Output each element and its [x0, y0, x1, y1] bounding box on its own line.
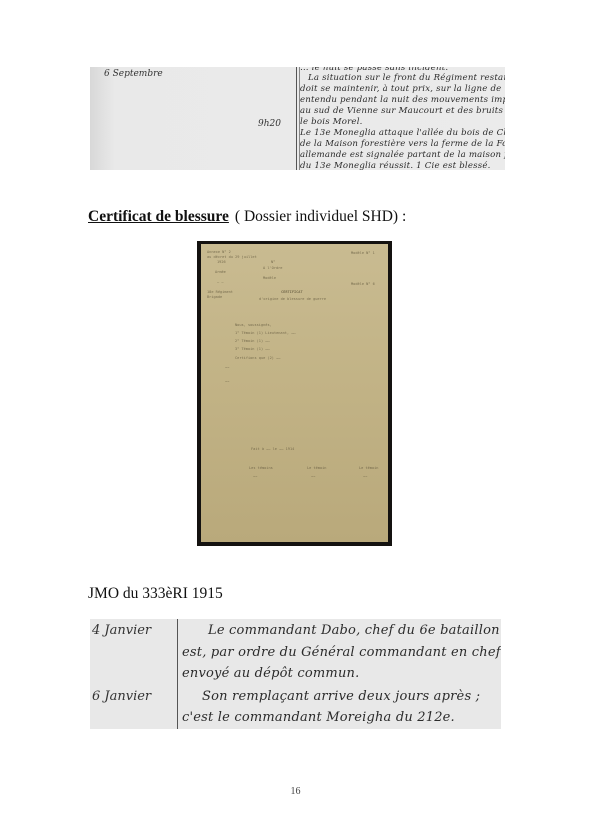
- cert-header-left: au décret du 29 juillet: [207, 255, 257, 259]
- cert-body-line: 3° Témoin (1) ……: [235, 347, 270, 351]
- cert-body-line: 1° Témoin (1) Lieutenant, ……: [235, 331, 296, 335]
- cert-header-left: 1926: [217, 260, 226, 264]
- cert-body-line: 2° Témoin (1) ……: [235, 339, 270, 343]
- cert-signature-name: ……: [363, 474, 367, 478]
- cert-header-left: Brigade: [207, 295, 222, 299]
- certificate-heading: Certificat de blessure( Dossier individu…: [88, 208, 406, 226]
- journal-line: au sud de Vienne sur Maucourt et des bru…: [300, 106, 505, 116]
- cert-header-left: Annexe N° 2: [207, 250, 231, 254]
- journal-line: doit se maintenir, à tout prix, sur la l…: [300, 84, 505, 94]
- margin-rule: [177, 619, 178, 729]
- entry-date: 6 Septembre: [104, 69, 163, 79]
- entry-time: 9h20: [258, 119, 281, 129]
- certificate-title: Certificat de blessure: [88, 208, 229, 225]
- page-number: 16: [0, 786, 591, 797]
- cert-header-right: Modèle N° 1: [351, 251, 375, 255]
- journal-line: Son remplaçant arrive deux jours après ;: [202, 689, 480, 704]
- entry-date: 6 Janvier: [92, 689, 151, 704]
- cert-body-line: ……: [225, 365, 229, 369]
- journal-scan-january: 4 Janvier Le commandant Dabo, chef du 6e…: [90, 619, 501, 729]
- journal-line: est, par ordre du Général commandant en …: [182, 645, 501, 660]
- journal-scan-september: 6 Septembre 9h20 … le nuit se passe sans…: [90, 67, 505, 170]
- journal-line: La situation sur le front du Régiment re…: [308, 73, 505, 83]
- cert-footer-place: Fait à …… le …… 1914: [251, 447, 294, 451]
- cert-header-left: — —: [217, 280, 224, 284]
- cert-body-line: Certifions que (2) ……: [235, 356, 280, 360]
- cert-header-center: Modèle: [263, 276, 276, 280]
- journal-line: entendu pendant la nuit des mouvements i…: [300, 95, 505, 105]
- journal-line: Le commandant Dabo, chef du 6e bataillon: [208, 623, 500, 638]
- journal-line: Le 13e Moneglia attaque l'allée du bois …: [300, 128, 505, 138]
- journal-line: du 13e Moneglia réussit. 1 Cie est bless…: [300, 161, 491, 170]
- cert-signature-name: ……: [311, 474, 315, 478]
- cert-header-right: Modèle N° 6: [351, 282, 375, 286]
- cert-header-left: 18e Régiment: [207, 290, 233, 294]
- cert-signature-label: Les témoins: [249, 466, 273, 470]
- cert-header-center: N°: [271, 260, 275, 264]
- journal-line: envoyé au dépôt commun.: [182, 666, 359, 681]
- certificate-paper: Annexe N° 2 au décret du 29 juillet 1926…: [201, 244, 388, 542]
- cert-subtitle: d'origine de blessure de guerre: [259, 297, 326, 301]
- cert-signature-label: Le témoin: [359, 466, 378, 470]
- journal-line: le bois Morel.: [300, 117, 363, 127]
- cert-title: CERTIFICAT: [281, 290, 303, 294]
- cert-signature-label: Le témoin: [307, 466, 326, 470]
- cert-header-center: A l'Ordre: [263, 266, 282, 270]
- cert-signature-name: ……: [253, 474, 257, 478]
- certificate-scan: Annexe N° 2 au décret du 29 juillet 1926…: [197, 241, 392, 546]
- jmo-heading: JMO du 333èRI 1915: [88, 585, 223, 603]
- cert-header-left: Armée: [215, 270, 226, 274]
- journal-line: allemande est signalée partant de la mai…: [300, 150, 505, 160]
- entry-date: 4 Janvier: [92, 623, 151, 638]
- cert-body-line: Nous, soussignés,: [235, 323, 272, 327]
- journal-line: de la Maison forestière vers la ferme de…: [300, 139, 505, 149]
- journal-line: c'est le commandant Moreigha du 212e.: [182, 710, 455, 725]
- margin-rule: [296, 67, 297, 170]
- cert-body-line: ……: [225, 379, 229, 383]
- certificate-source: ( Dossier individuel SHD) :: [235, 208, 406, 225]
